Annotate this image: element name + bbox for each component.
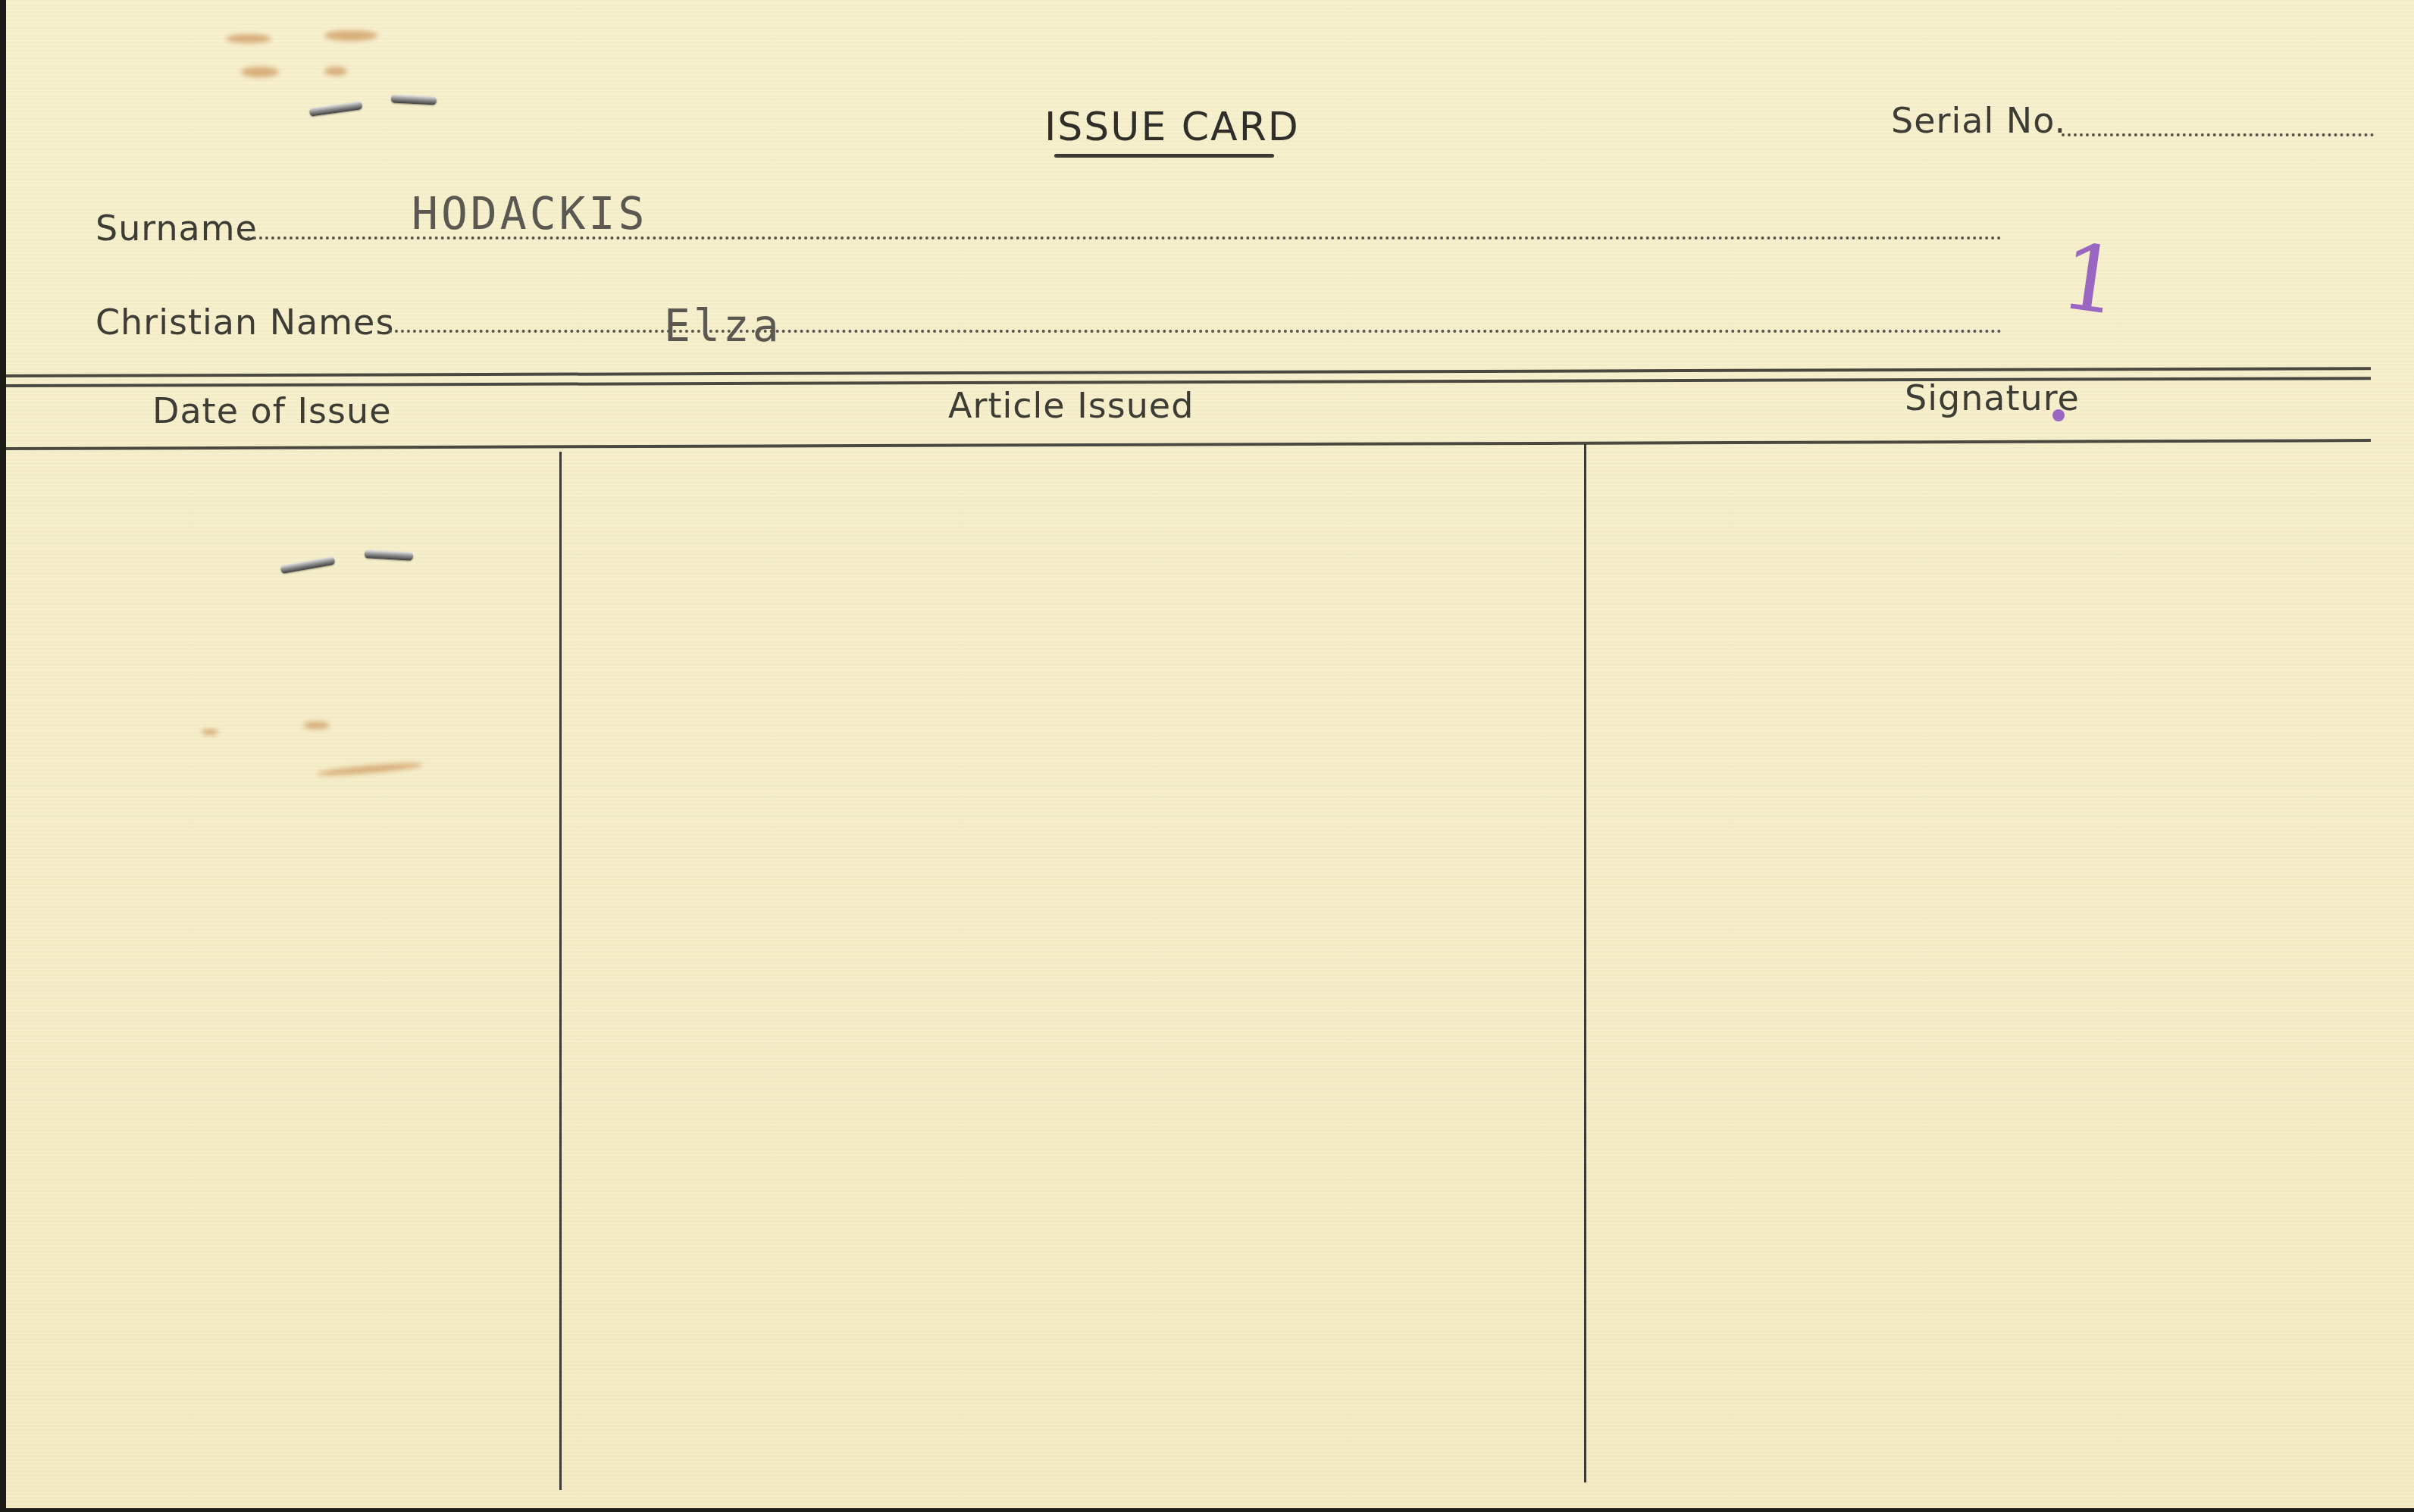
serial-no-label: Serial No. [1891,100,2066,141]
column-header-signature: Signature [1905,377,2080,418]
article-issued-column[interactable] [563,455,1583,1485]
surname-label: Surname [95,208,258,249]
column-header-article-issued: Article Issued [948,385,1194,426]
column-header-rule [6,439,2371,450]
christian-names-label: Christian Names [95,302,394,343]
column-divider-2 [1584,444,1586,1482]
column-divider-1 [559,452,562,1490]
rust-stain [324,67,347,76]
title-underline [1054,154,1274,158]
card-title: ISSUE CARD [1044,105,1300,150]
rust-stain [241,67,279,77]
serial-no-field[interactable] [2062,133,2374,136]
christian-names-value: Elza [664,300,782,352]
staple-icon [309,101,363,117]
annotation-mark: 1 [2055,224,2127,336]
rust-stain [324,30,377,41]
christian-names-field[interactable] [389,330,2002,333]
surname-value: HODACKIS [412,188,647,239]
header-rule-top [6,367,2371,377]
issue-card: ISSUE CARD Serial No. Surname HODACKIS C… [6,0,2414,1508]
signature-column[interactable] [1588,455,2369,1485]
rust-stain [226,34,271,43]
staple-icon [391,94,437,105]
date-of-issue-column[interactable] [6,455,558,1485]
column-header-date-of-issue: Date of Issue [152,390,391,431]
